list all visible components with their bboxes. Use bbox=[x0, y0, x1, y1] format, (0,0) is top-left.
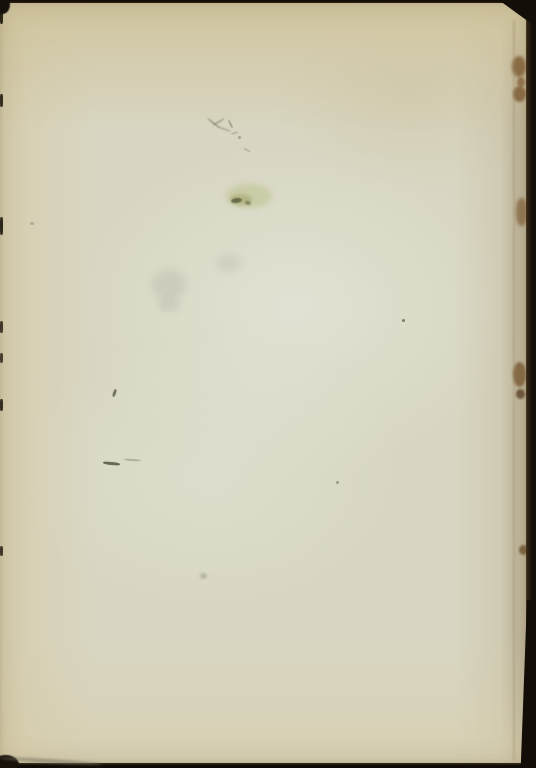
pencil-stroke bbox=[212, 118, 224, 126]
film-edge-dash bbox=[0, 321, 3, 333]
film-edge-dash bbox=[0, 353, 3, 363]
scan-border-top bbox=[0, 0, 536, 3]
smudge-layer bbox=[0, 2, 527, 763]
green-smudge-core bbox=[230, 194, 252, 205]
ink-speck bbox=[402, 319, 405, 322]
ink-dash bbox=[103, 461, 120, 466]
gray-smudge bbox=[152, 270, 186, 300]
film-edge-layer bbox=[0, 2, 527, 763]
pencil-dot bbox=[238, 136, 241, 139]
foxing-stain bbox=[513, 86, 526, 102]
scanned-document bbox=[0, 0, 536, 768]
faint-speck bbox=[336, 481, 339, 484]
ink-tick bbox=[112, 389, 117, 398]
pencil-stroke bbox=[243, 147, 251, 152]
foxing-stain bbox=[516, 389, 525, 399]
foxing-stain bbox=[513, 362, 526, 387]
pencil-stroke bbox=[231, 131, 238, 135]
gray-smudge bbox=[216, 254, 242, 272]
film-edge-dash bbox=[0, 546, 3, 556]
faint-speck bbox=[200, 573, 207, 579]
film-edge-dash bbox=[0, 399, 3, 411]
pencil-stroke bbox=[217, 126, 231, 133]
scanned-page bbox=[0, 2, 527, 763]
foxing-stain bbox=[517, 77, 525, 87]
crease-layer bbox=[0, 2, 527, 763]
pencil-mark-layer bbox=[0, 2, 527, 763]
olive-speck bbox=[245, 201, 252, 206]
pencil-stroke bbox=[228, 119, 234, 128]
gray-smudge bbox=[158, 298, 180, 312]
foxing-stain-layer bbox=[0, 2, 527, 763]
ink-dash-faint bbox=[124, 458, 141, 461]
pencil-stroke bbox=[207, 118, 220, 129]
film-edge-dash bbox=[0, 217, 3, 235]
foxing-stain bbox=[512, 56, 526, 77]
olive-speck bbox=[231, 197, 243, 203]
film-edge-dash bbox=[0, 94, 3, 107]
faint-speck bbox=[30, 222, 34, 225]
page-edge-crease bbox=[513, 20, 515, 760]
green-smudge bbox=[226, 184, 272, 208]
ink-speck-layer bbox=[0, 2, 527, 763]
